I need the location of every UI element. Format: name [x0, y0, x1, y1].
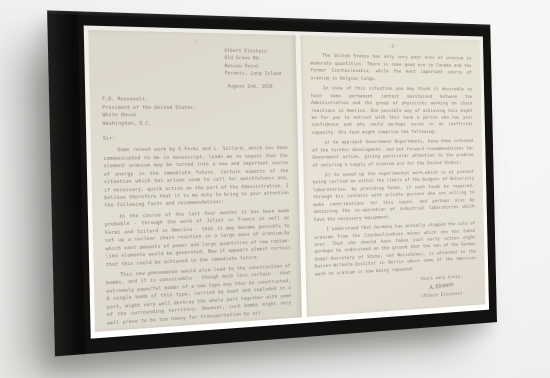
sender-line: Peconic, Long Island: [225, 70, 282, 78]
letter-page-1: 1 Albert Einstein Old Grove Rd. Nassau P…: [88, 30, 301, 332]
picture-frame: 1 Albert Einstein Old Grove Rd. Nassau P…: [47, 10, 497, 356]
salutation: Sir:: [103, 134, 288, 143]
page-2-number: -2-: [310, 42, 472, 53]
recipient-line: F.D. Roosevelt,: [102, 96, 287, 104]
letter-paragraph: In the course of the last four months it…: [105, 208, 291, 269]
mount-board: 1 Albert Einstein Old Grove Rd. Nassau P…: [84, 25, 489, 338]
letter-paragraph: b) to speed up the experimental work,whi…: [313, 169, 475, 224]
page-1-number: 1: [101, 38, 286, 49]
typed-signature: (Albert Einstein): [421, 290, 463, 300]
closing-block: Yours very truly, A. Einstein (Albert Ei…: [420, 274, 463, 300]
letter-paragraph: This new phenomenon would also lead to t…: [106, 263, 292, 328]
letter-page-2: -2- The United States has only very poor…: [300, 35, 486, 317]
sender-address-block: Albert Einstein Old Grove Rd. Nassau Poi…: [224, 48, 281, 79]
date-line: August 2nd, 1939: [227, 83, 272, 91]
letter-paragraph: I understand that Germany has actually s…: [314, 221, 476, 279]
recipient-address-block: F.D. Roosevelt, President of the United …: [102, 96, 287, 128]
letter-paragraph: Some recent work by E.Fermi and L. Szila…: [103, 145, 289, 210]
letter-paragraph: The United States has only very poor ore…: [310, 53, 472, 84]
letter-paragraph: In view of this situation you may think …: [311, 85, 473, 137]
recipient-line: Washington, D.C.: [102, 120, 287, 128]
recipient-line: President of the United States,: [102, 104, 287, 112]
letter-paragraph: a) to approach Government Departments, k…: [312, 138, 474, 169]
framed-letter-photo: 1 Albert Einstein Old Grove Rd. Nassau P…: [0, 0, 550, 378]
